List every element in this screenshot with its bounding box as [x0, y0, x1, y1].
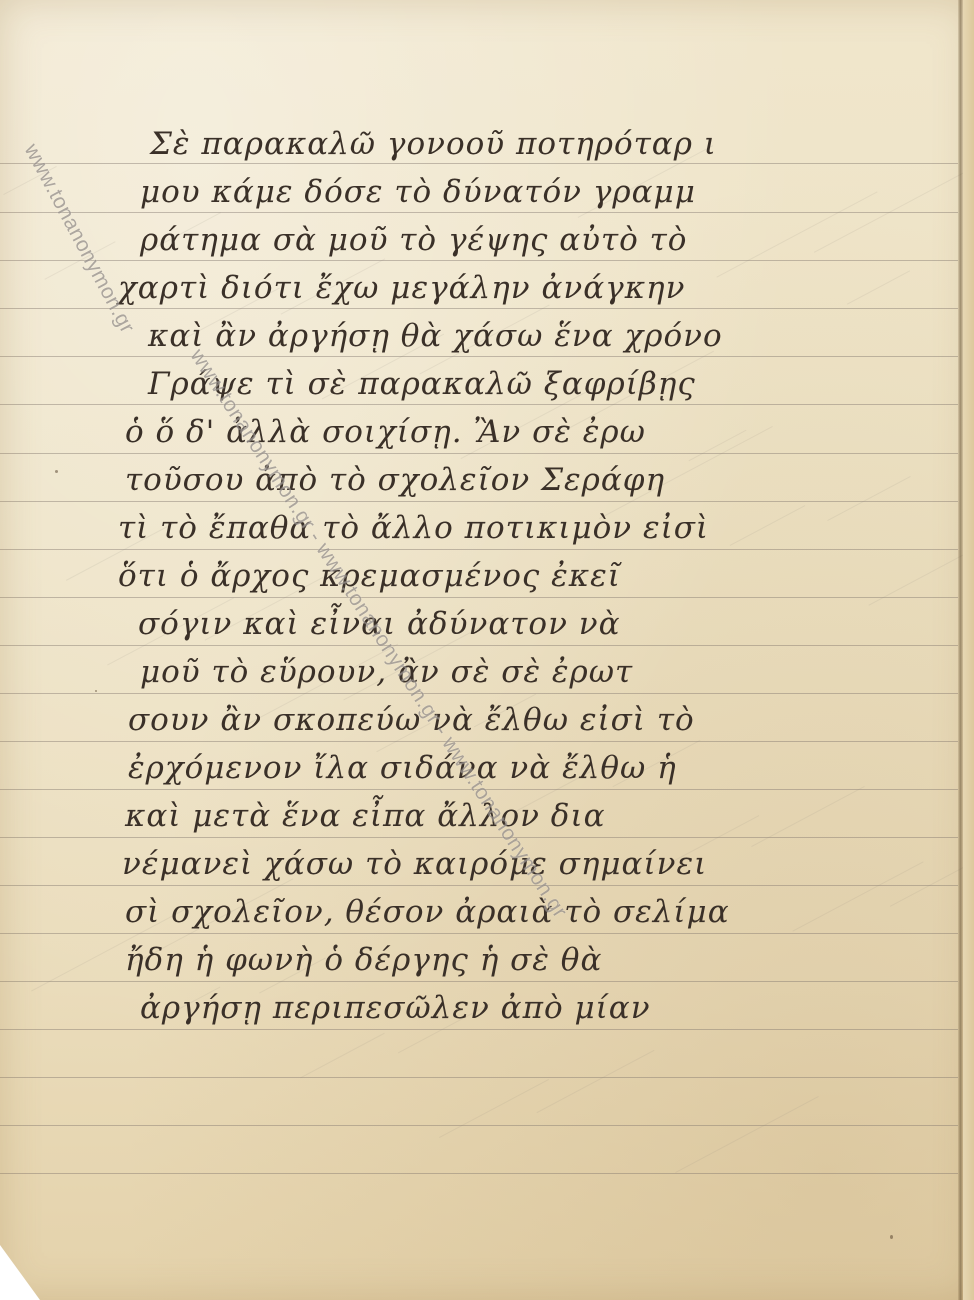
- ruled-line: [0, 1125, 958, 1126]
- handwritten-line: σουν ἂν σκοπεύω νὰ ἔλθω εἰσὶ τὸ: [0, 692, 960, 740]
- handwritten-line-text: ἐρχόμενον ἴλα σιδάνα νὰ ἔλθω ἡ: [128, 750, 677, 786]
- handwritten-line: μου κάμε δόσε τὸ δύνατόν γραμμ: [0, 164, 960, 212]
- handwritten-line-text: ἀργήσῃ περιπεσῶλεν ἀπὸ μίαν: [140, 990, 651, 1026]
- handwritten-line: τοῦσου ἀπὸ τὸ σχολεῖον Σεράφη: [0, 452, 960, 500]
- handwritten-line-text: μου κάμε δόσε τὸ δύνατόν γραμμ: [140, 174, 696, 210]
- ink-speck: [890, 1235, 893, 1239]
- letter-page: Σὲ παρακαλῶ γονοοῦ ποτηρόταρ ιμου κάμε δ…: [0, 0, 974, 1300]
- handwritten-line-text: καὶ μετὰ ἕνα εἶπα ἄλλον δια: [125, 798, 606, 834]
- bleed-stroke: [537, 1050, 655, 1113]
- handwritten-line-text: ράτημα σὰ μοῦ τὸ γέψης αὐτὸ τὸ: [140, 222, 687, 258]
- ruled-line: [0, 1077, 958, 1078]
- handwritten-line: ἤδη ἡ φωνὴ ὁ δέργης ἡ σὲ θὰ: [0, 932, 960, 980]
- handwritten-line-text: χαρτὶ διότι ἔχω μεγάλην ἀνάγκην: [118, 270, 685, 306]
- ink-speck: [95, 690, 97, 692]
- adjacent-page-edge: [963, 0, 974, 1300]
- handwritten-line-text: τὶ τὸ ἔπαθα τὸ ἄλλο ποτικιμὸν εἰσὶ: [118, 510, 709, 546]
- handwritten-line-text: ἤδη ἡ φωνὴ ὁ δέργης ἡ σὲ θὰ: [125, 942, 602, 978]
- handwritten-line: μοῦ τὸ εὕρουν, ἂν σὲ σὲ ἐρωτ: [0, 644, 960, 692]
- handwritten-line-text: νέμανεὶ χάσω τὸ καιρόμε σημαίνει: [122, 846, 707, 882]
- handwritten-line: ὅτι ὁ ἄρχος κρεμασμένος ἐκεῖ: [0, 548, 960, 596]
- handwritten-line: τὶ τὸ ἔπαθα τὸ ἄλλο ποτικιμὸν εἰσὶ: [0, 500, 960, 548]
- handwritten-line: ὁ ὅ δ' ἀλλὰ σοιχίσῃ. Ἂν σὲ ἐρω: [0, 404, 960, 452]
- handwritten-line-text: καὶ ἂν ἀργήσῃ θὰ χάσω ἕνα χρόνο: [148, 318, 723, 354]
- ink-speck: [55, 470, 58, 473]
- handwritten-line-text: ὅτι ὁ ἄρχος κρεμασμένος ἐκεῖ: [118, 558, 621, 594]
- handwritten-line: καὶ ἂν ἀργήσῃ θὰ χάσω ἕνα χρόνο: [0, 308, 960, 356]
- handwritten-line-text: σὶ σχολεῖον, θέσον ἀραιὰ τὸ σελίμα: [125, 894, 730, 930]
- handwritten-line: νέμανεὶ χάσω τὸ καιρόμε σημαίνει: [0, 836, 960, 884]
- handwritten-line-text: τοῦσου ἀπὸ τὸ σχολεῖον Σεράφη: [125, 462, 665, 498]
- handwritten-line: Γράψε τὶ σὲ παρακαλῶ ξαφρίβῃς: [0, 356, 960, 404]
- ruled-line: [0, 1029, 958, 1030]
- handwritten-line: σόγιν καὶ εἶναι ἀδύνατον νὰ: [0, 596, 960, 644]
- ruled-line: [0, 1173, 958, 1174]
- handwritten-line-text: ὁ ὅ δ' ἀλλὰ σοιχίσῃ. Ἂν σὲ ἐρω: [125, 414, 646, 450]
- handwritten-line: σὶ σχολεῖον, θέσον ἀραιὰ τὸ σελίμα: [0, 884, 960, 932]
- bleed-stroke: [439, 1079, 549, 1138]
- handwritten-line: χαρτὶ διότι ἔχω μεγάλην ἀνάγκην: [0, 260, 960, 308]
- handwritten-line-text: Σὲ παρακαλῶ γονοοῦ ποτηρόταρ ι: [150, 126, 717, 162]
- handwritten-line: Σὲ παρακαλῶ γονοοῦ ποτηρόταρ ι: [0, 116, 960, 164]
- handwritten-line: ράτημα σὰ μοῦ τὸ γέψης αὐτὸ τὸ: [0, 212, 960, 260]
- bleed-stroke: [300, 1033, 384, 1078]
- bleed-stroke: [675, 1096, 819, 1173]
- handwritten-line: ἀργήσῃ περιπεσῶλεν ἀπὸ μίαν: [0, 980, 960, 1028]
